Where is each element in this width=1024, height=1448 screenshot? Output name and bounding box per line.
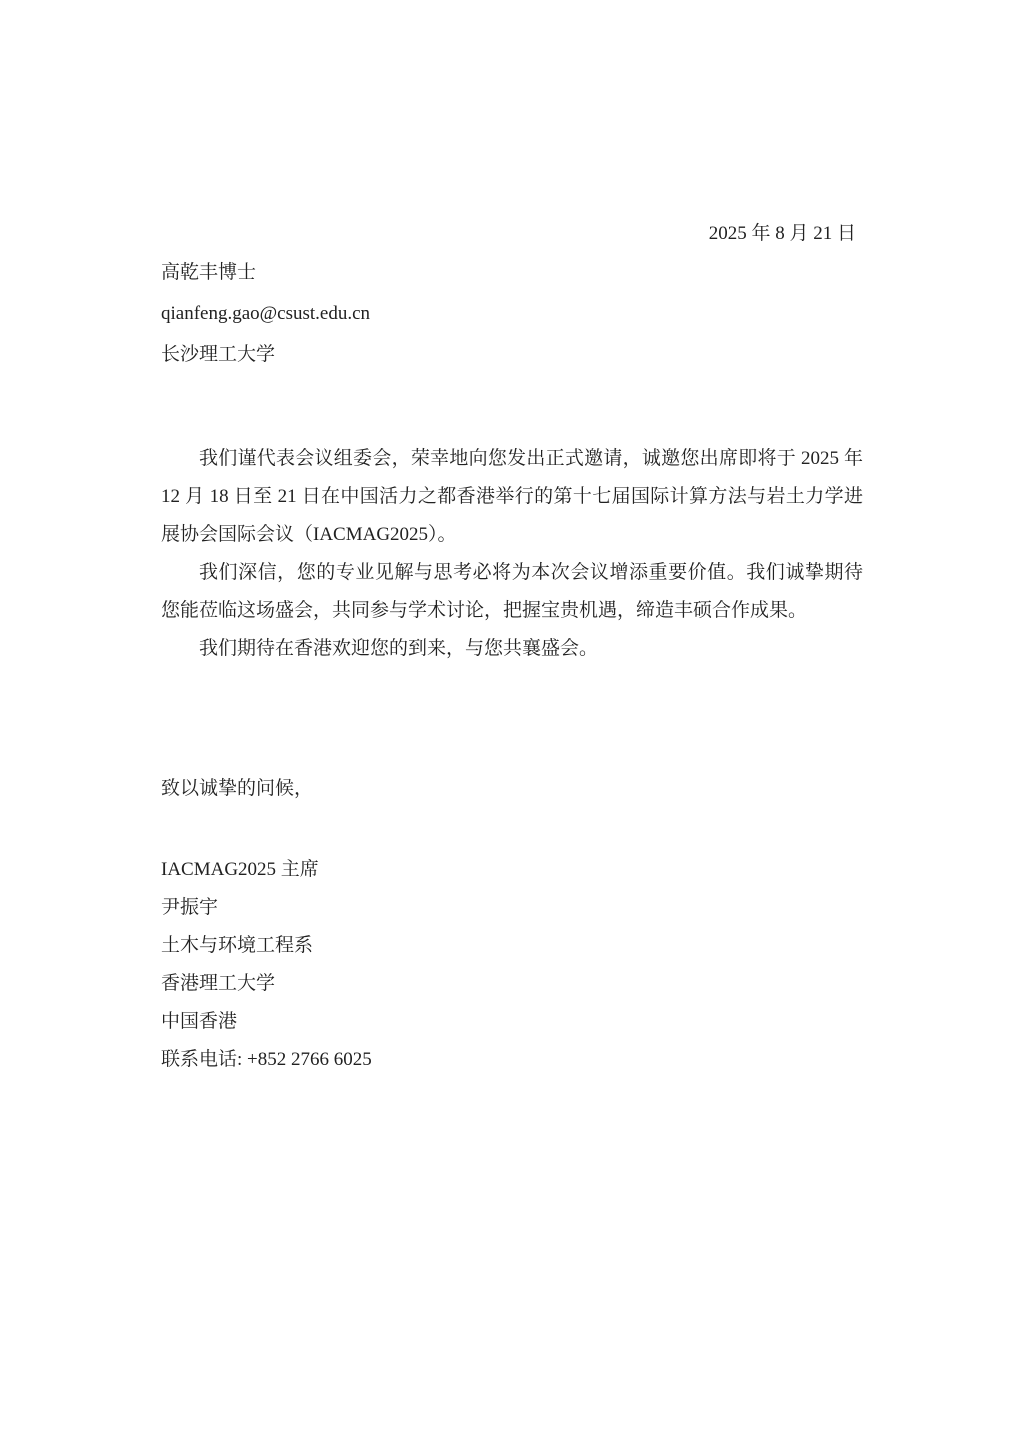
letter-date: 2025 年 8 月 21 日 bbox=[709, 221, 856, 247]
signature-department: 土木与环境工程系 bbox=[161, 927, 372, 965]
recipient-email: qianfeng.gao@csust.edu.cn bbox=[161, 293, 370, 334]
signature-location: 中国香港 bbox=[161, 1003, 372, 1041]
signature-university: 香港理工大学 bbox=[161, 965, 372, 1003]
recipient-affiliation: 长沙理工大学 bbox=[161, 334, 370, 375]
recipient-block: 高乾丰博士 qianfeng.gao@csust.edu.cn 长沙理工大学 bbox=[161, 252, 370, 375]
recipient-name: 高乾丰博士 bbox=[161, 252, 370, 293]
signature-name: 尹振宇 bbox=[161, 889, 372, 927]
body-paragraph-value: 我们深信，您的专业见解与思考必将为本次会议增添重要价值。我们诚挚期待您能莅临这场… bbox=[161, 554, 863, 630]
body-paragraph-welcome: 我们期待在香港欢迎您的到来，与您共襄盛会。 bbox=[161, 630, 863, 668]
body-paragraph-invitation: 我们谨代表会议组委会，荣幸地向您发出正式邀请，诚邀您出席即将于 2025 年 1… bbox=[161, 440, 863, 554]
signature-block: IACMAG2025 主席 尹振宇 土木与环境工程系 香港理工大学 中国香港 联… bbox=[161, 851, 372, 1079]
signature-phone: 联系电话: +852 2766 6025 bbox=[161, 1041, 372, 1079]
signature-role: IACMAG2025 主席 bbox=[161, 851, 372, 889]
letter-body: 我们谨代表会议组委会，荣幸地向您发出正式邀请，诚邀您出席即将于 2025 年 1… bbox=[161, 440, 863, 668]
letter-page: 2025 年 8 月 21 日 高乾丰博士 qianfeng.gao@csust… bbox=[0, 0, 1024, 1448]
letter-closing: 致以诚挚的问候， bbox=[161, 776, 313, 802]
